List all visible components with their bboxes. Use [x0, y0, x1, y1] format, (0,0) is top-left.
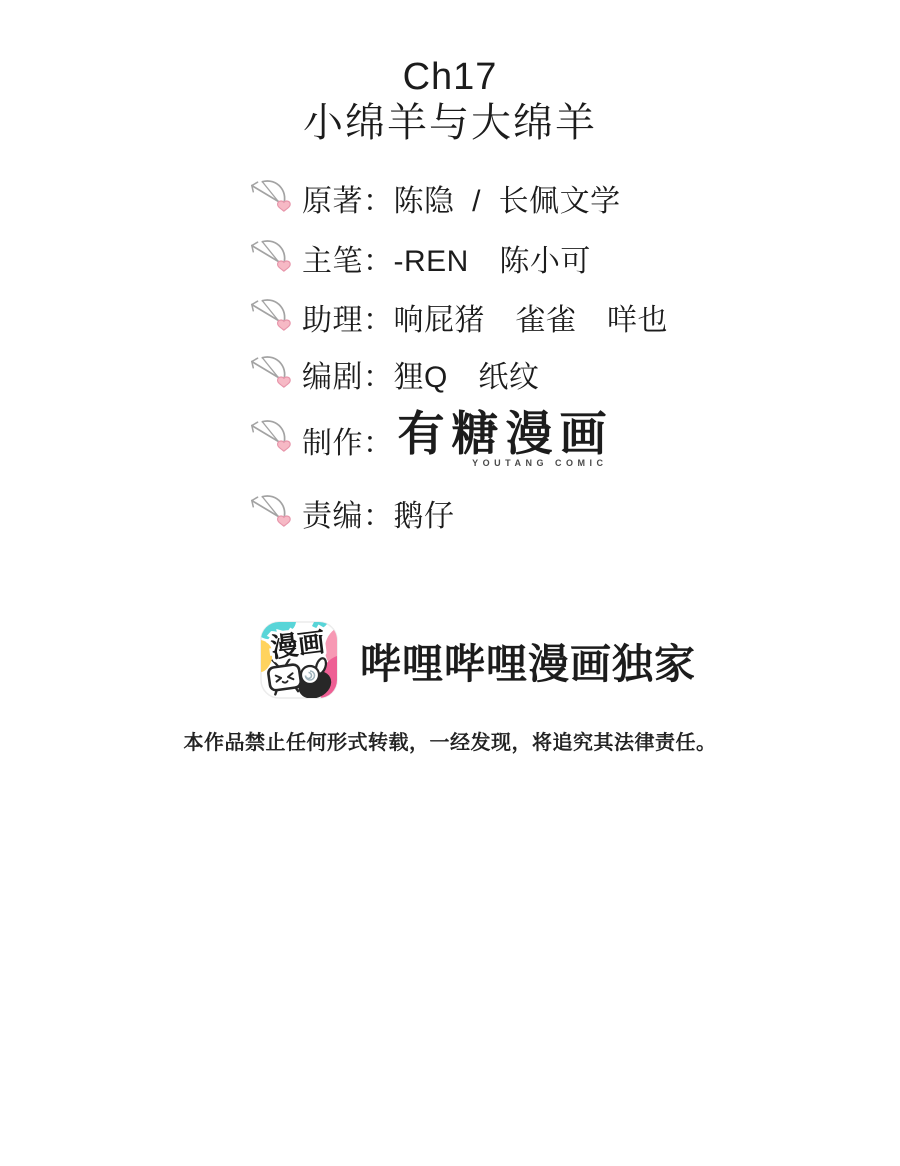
title-block: Ch17 小绵羊与大绵羊 — [0, 54, 900, 146]
bow-arrow-heart-icon — [248, 178, 292, 218]
credit-role: 主笔： — [302, 236, 394, 280]
bow-arrow-heart-icon — [248, 238, 292, 278]
credit-row-assistants: 助理： 响屁猪 雀雀 咩也 — [248, 294, 668, 340]
credit-row-editor: 责编： 鹅仔 — [248, 490, 455, 536]
credit-row-original-author: 原著： 陈隐 / 长佩文学 — [248, 175, 621, 221]
chapter-credits-page: Ch17 小绵羊与大绵羊 原著： 陈隐 / 长佩文学 主笔： — [0, 0, 900, 1166]
credit-role: 原著： — [302, 176, 394, 220]
youtang-logo-subtext: YOUTANG COMIC — [472, 458, 607, 468]
youtang-logo-text: 有糖漫画 — [398, 408, 614, 461]
youtang-comic-logo: 有糖漫画 YOUTANG COMIC — [398, 408, 614, 468]
credit-names: -REN 陈小可 — [394, 236, 591, 280]
bow-arrow-heart-icon — [248, 418, 292, 458]
publisher-row: 漫画 哔哩哔哩漫画独家 — [260, 620, 696, 700]
bow-arrow-heart-icon — [248, 354, 292, 394]
credit-role: 责编： — [302, 491, 394, 535]
credit-names: 响屁猪 雀雀 咩也 — [394, 295, 669, 339]
credit-role: 编剧： — [302, 352, 394, 396]
credit-names: 鹅仔 — [394, 491, 455, 535]
chapter-number: Ch17 — [0, 54, 900, 100]
credit-names: 狸Q 纸纹 — [394, 352, 540, 396]
bow-arrow-heart-icon — [248, 493, 292, 533]
bilibili-manga-app-icon: 漫画 — [260, 620, 338, 700]
credit-names: 陈隐 / 长佩文学 — [394, 176, 621, 220]
credit-role: 助理： — [302, 295, 394, 339]
chapter-title: 小绵羊与大绵羊 — [0, 100, 900, 146]
credit-row-production: 制作： 有糖漫画 YOUTANG COMIC — [248, 408, 614, 480]
publisher-exclusive-label: 哔哩哔哩漫画独家 — [360, 631, 696, 690]
credit-row-lead-artist: 主笔： -REN 陈小可 — [248, 235, 591, 281]
credit-role: 制作： — [302, 418, 394, 462]
credit-row-screenwriters: 编剧： 狸Q 纸纹 — [248, 351, 539, 397]
bow-arrow-heart-icon — [248, 297, 292, 337]
copyright-notice: 本作品禁止任何形式转载，一经发现，将追究其法律责任。 — [0, 726, 900, 755]
